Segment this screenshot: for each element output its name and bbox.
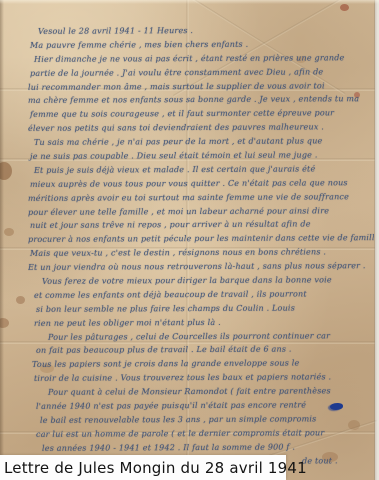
handwritten-line: Et puis je suis déjà vieux et malade . I… [28, 162, 374, 178]
caption-strip: Lettre de Jules Mongin du 28 avril 1941 [0, 455, 286, 480]
handwritten-line: Hier dimanche je ne vous ai pas écrit , … [28, 51, 374, 67]
handwritten-line: si bon leur semble ne plus faire les cha… [28, 301, 374, 317]
handwritten-line: les années 1940 - 1941 et 1942 . Il faut… [28, 440, 374, 456]
handwritten-line: Ma pauvre femme chérie , mes bien chers … [28, 37, 374, 53]
paper-right-edge [374, 0, 379, 480]
caption-text: Lettre de Jules Mongin du 28 avril 1941 [0, 459, 307, 477]
handwritten-line: rien ne peut les obliger moi n'étant plu… [28, 315, 374, 331]
handwritten-line: mieux auprès de vous tous pour vous quit… [28, 176, 374, 192]
letter-lines: Vesoul le 28 avril 1941 - 11 Heures .Ma … [28, 24, 374, 469]
paper-left-edge [0, 0, 4, 480]
handwritten-line: car lui est un homme de parole ( et le d… [28, 426, 374, 442]
handwritten-line: partie de la journée . J'ai voulu être c… [28, 65, 374, 81]
handwritten-line: méritions après avoir eu toi surtout ma … [28, 190, 374, 206]
paper-top-edge [0, 0, 379, 4]
handwritten-line: et comme les enfants ont déjà beaucoup d… [28, 287, 374, 303]
